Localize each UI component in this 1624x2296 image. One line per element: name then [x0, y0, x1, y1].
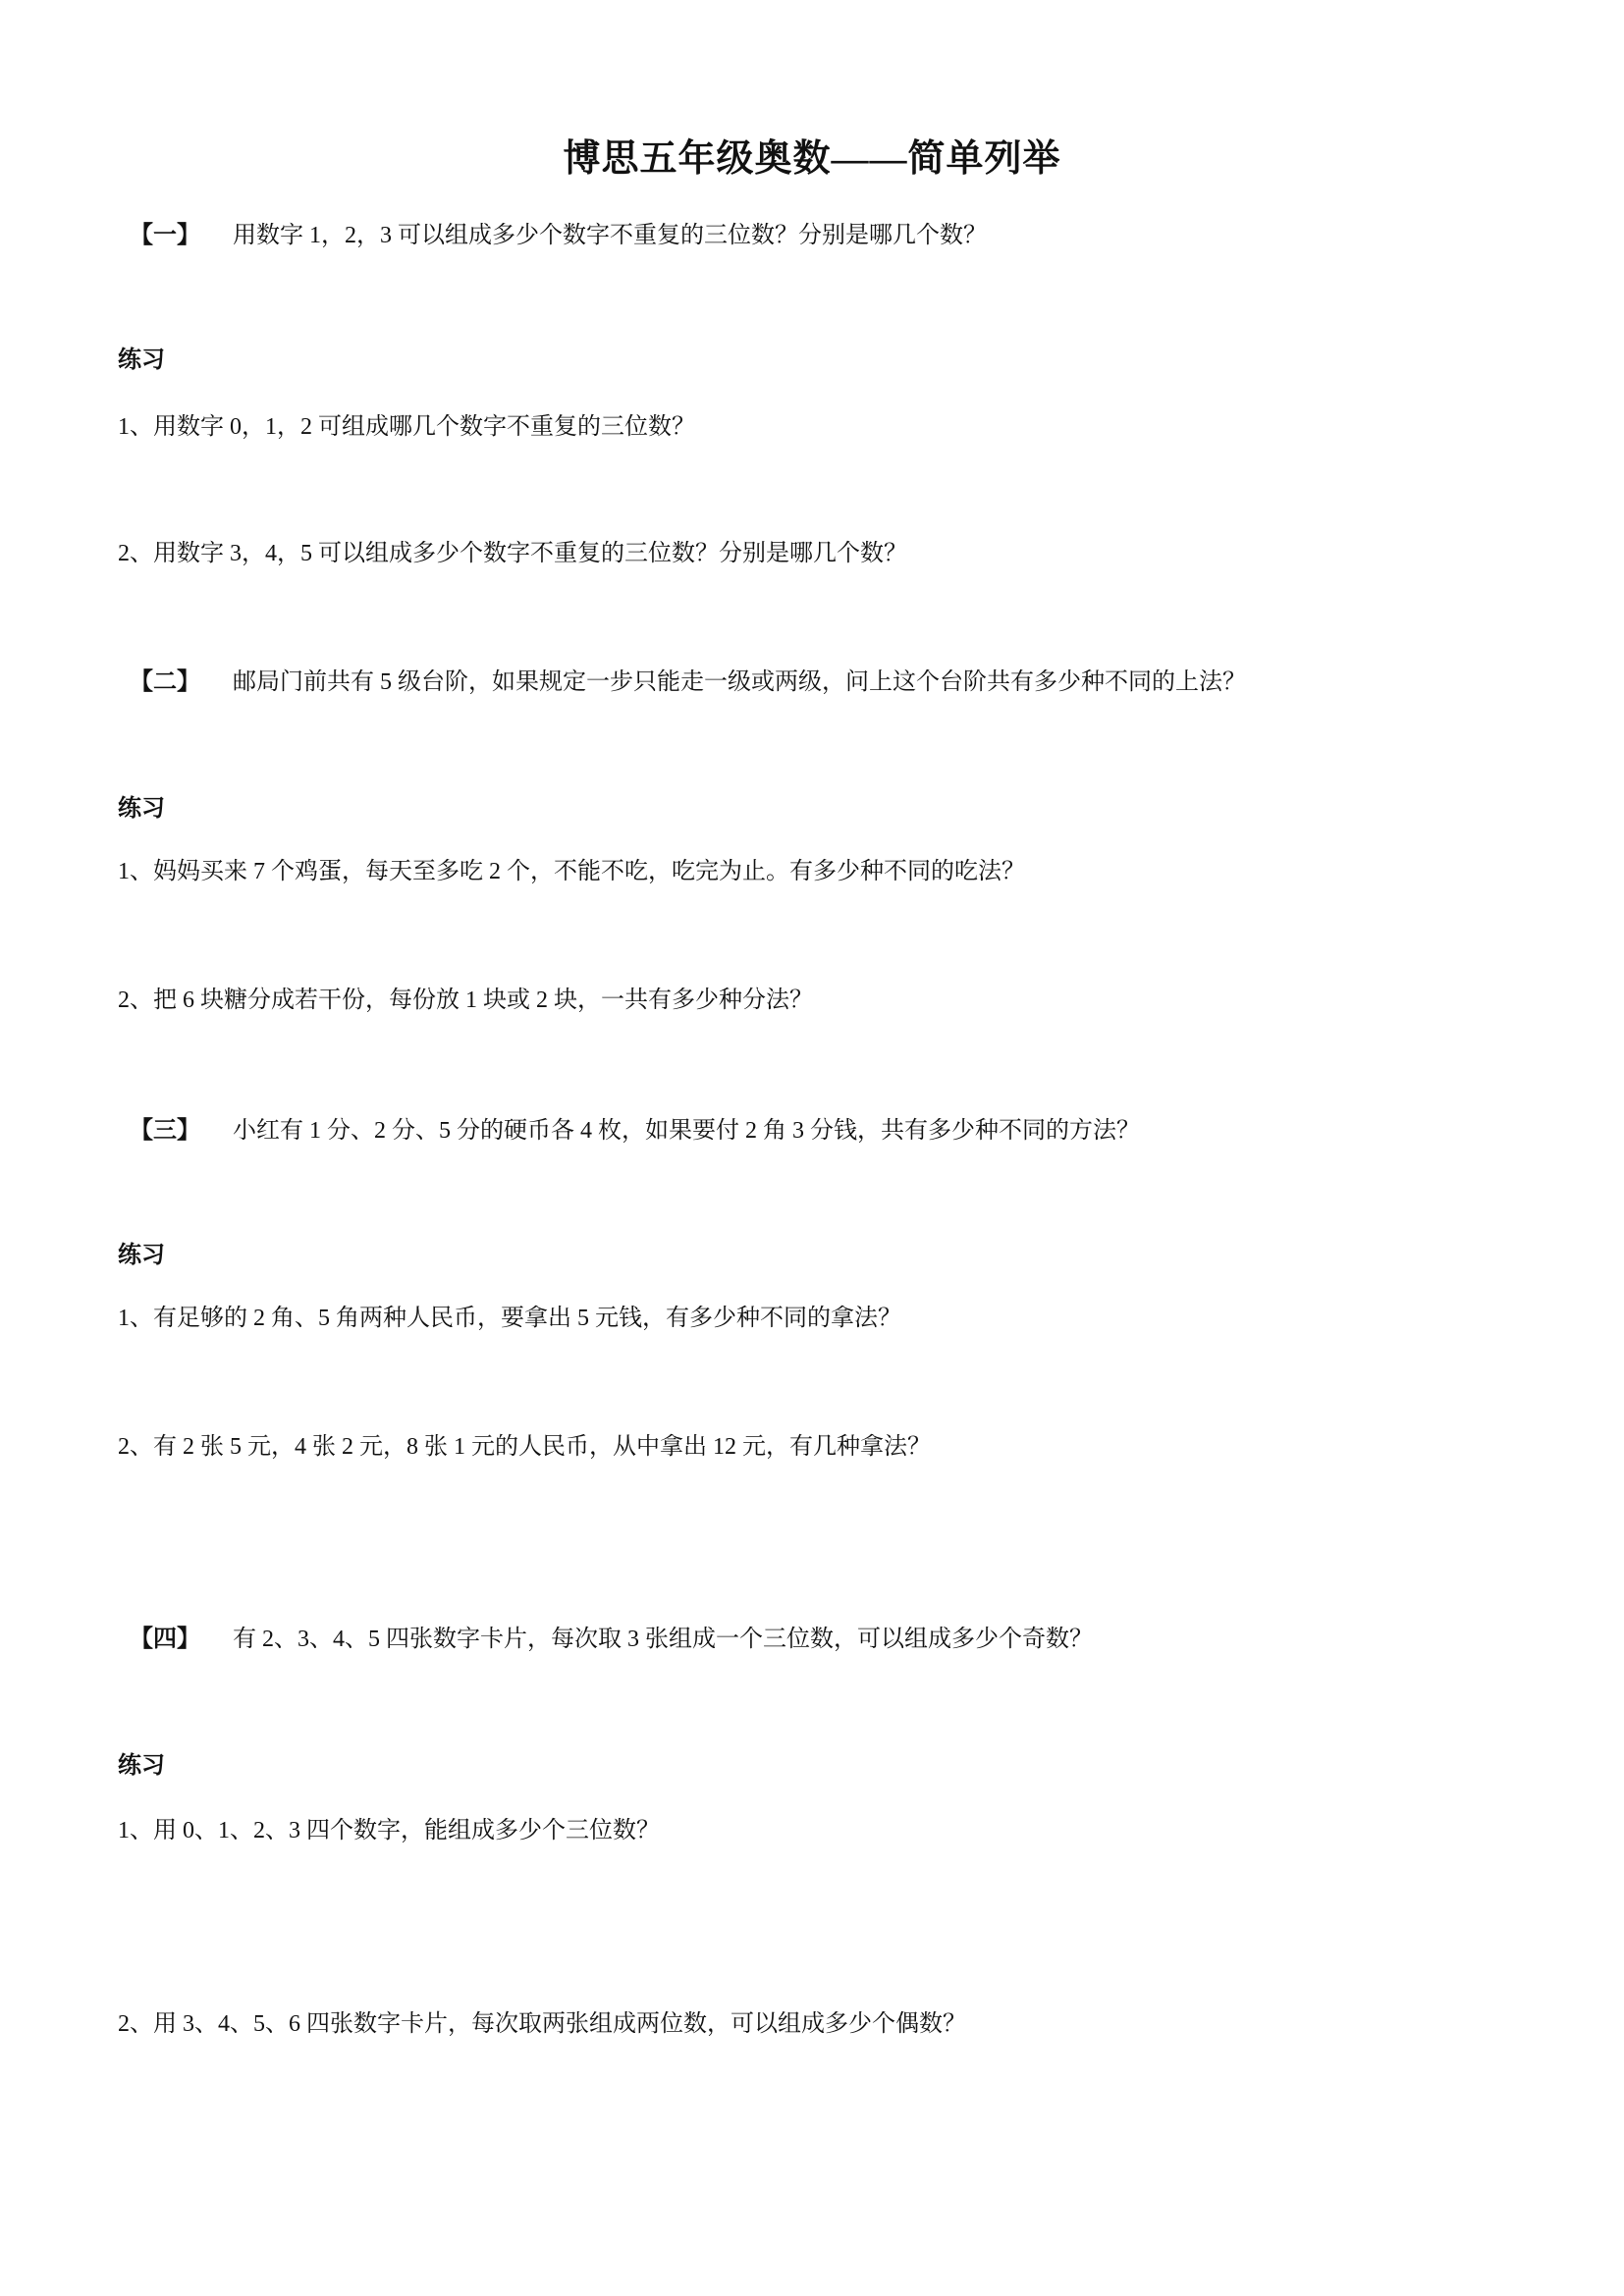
example-label: 【一】 — [130, 221, 200, 250]
example-label: 【三】 — [130, 1116, 200, 1146]
example-question: 小红有 1 分、2 分、5 分的硬币各 4 枚，如果要付 2 角 3 分钱，共有… — [233, 1116, 1140, 1146]
practice-item: 1、用 0、1、2、3 四个数字，能组成多少个三位数？ — [118, 1816, 660, 1845]
practice-item: 2、把 6 块糖分成若干份，每份放 1 块或 2 块，一共有多少种分法？ — [118, 986, 813, 1015]
practice-item: 1、有足够的 2 角、5 角两种人民币，要拿出 5 元钱，有多少种不同的拿法？ — [118, 1304, 901, 1333]
example-label: 【二】 — [130, 667, 200, 697]
practice-heading: 练习 — [118, 346, 165, 375]
example-question: 有 2、3、4、5 四张数字卡片，每次取 3 张组成一个三位数，可以组成多少个奇… — [233, 1625, 1093, 1654]
example-label: 【四】 — [130, 1625, 200, 1654]
practice-item: 2、用 3、4、5、6 四张数字卡片，每次取两张组成两位数，可以组成多少个偶数？ — [118, 2009, 966, 2039]
practice-item: 2、用数字 3，4，5 可以组成多少个数字不重复的三位数？分别是哪几个数？ — [118, 539, 907, 568]
practice-item: 2、有 2 张 5 元，4 张 2 元，8 张 1 元的人民币，从中拿出 12 … — [118, 1432, 931, 1462]
practice-heading: 练习 — [118, 1751, 165, 1781]
document-title: 博思五年级奥数——简单列举 — [0, 135, 1624, 183]
example-question: 用数字 1，2，3 可以组成多少个数字不重复的三位数？分别是哪几个数？ — [233, 221, 987, 250]
practice-item: 1、妈妈买来 7 个鸡蛋，每天至多吃 2 个，不能不吃，吃完为止。有多少种不同的… — [118, 857, 1025, 886]
practice-heading: 练习 — [118, 1241, 165, 1270]
practice-heading: 练习 — [118, 794, 165, 824]
example-question: 邮局门前共有 5 级台阶，如果规定一步只能走一级或两级，问上这个台阶共有多少种不… — [233, 667, 1246, 697]
practice-item: 1、用数字 0，1，2 可组成哪几个数字不重复的三位数？ — [118, 412, 695, 442]
